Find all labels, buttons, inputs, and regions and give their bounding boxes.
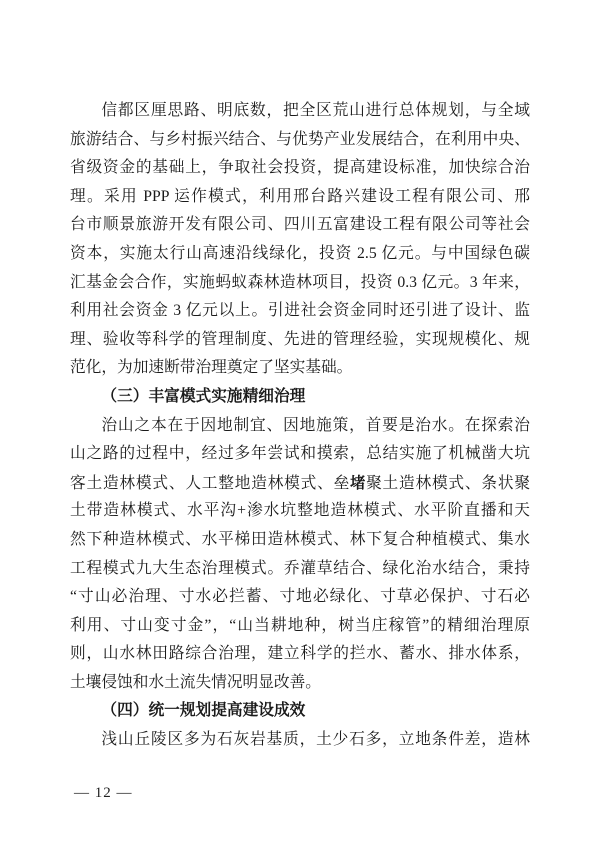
paragraph-line: 土带造林模式、水平沟+渗水坑整地造林模式、水平阶直播和天 <box>70 497 530 526</box>
document-page: 信都区厘思路、明底数，把全区荒山进行总体规划，与全域 旅游结合、与乡村振兴结合、… <box>0 0 600 848</box>
paragraph-line: 台市顺景旅游开发有限公司、四川五富建设工程有限公司等社会 <box>70 211 530 240</box>
paragraph-line: “寸山必治理、寸水必拦蓄、寸地必绿化、寸草必保护、寸石必 <box>70 583 530 612</box>
paragraph-line: 旅游结合、与乡村振兴结合、与优势产业发展结合，在利用中央、 <box>70 126 530 155</box>
paragraph-line: 信都区厘思路、明底数，把全区荒山进行总体规划，与全域 <box>70 97 530 126</box>
page-number: — 12 — <box>74 783 133 803</box>
paragraph-line: 土壤侵蚀和水土流失情况明显改善。 <box>70 669 530 698</box>
paragraph-line: 理、验收等科学的管理制度、先进的管理经验，实现规模化、规 <box>70 326 530 355</box>
paragraph-line: 然下种造林模式、水平梯田造林模式、林下复合种植模式、集水 <box>70 526 530 555</box>
paragraph-line: 客土造林模式、人工整地造林模式、垒堵聚土造林模式、条状聚 <box>70 469 530 498</box>
emphasized-character: 堵 <box>350 474 366 492</box>
section-heading-4: （四）统一规划提高建设成效 <box>70 697 530 726</box>
paragraph-line: 浅山丘陵区多为石灰岩基质，土少石多，立地条件差，造林 <box>70 726 530 755</box>
paragraph-line-segment: 客土造林模式、人工整地造林模式、垒 <box>70 475 350 492</box>
paragraph-line: 工程模式九大生态治理模式。乔灌草结合、绿化治水结合，秉持 <box>70 555 530 584</box>
paragraph-line: 范化，为加速断带治理奠定了坚实基础。 <box>70 354 530 383</box>
section-heading-3: （三）丰富模式实施精细治理 <box>70 383 530 412</box>
paragraph-line: 治山之本在于因地制宜、因地施策，首要是治水。在探索治 <box>70 412 530 441</box>
paragraph-line: 利用、寸山变寸金”，“山当耕地种，树当庄稼管”的精细治理原 <box>70 612 530 641</box>
paragraph-line: 利用社会资金 3 亿元以上。引进社会资金同时还引进了设计、监 <box>70 297 530 326</box>
paragraph-line: 则，山水林田路综合治理，建立科学的拦水、蓄水、排水体系， <box>70 640 530 669</box>
document-body: 信都区厘思路、明底数，把全区荒山进行总体规划，与全域 旅游结合、与乡村振兴结合、… <box>70 97 530 755</box>
paragraph-line: 理。采用 PPP 运作模式，利用邢台路兴建设工程有限公司、邢 <box>70 183 530 212</box>
paragraph-line: 省级资金的基础上，争取社会投资，提高建设标准，加快综合治 <box>70 154 530 183</box>
paragraph-line-segment: 聚土造林模式、条状聚 <box>366 475 530 492</box>
paragraph-line: 山之路的过程中，经过多年尝试和摸索，总结实施了机械凿大坑 <box>70 440 530 469</box>
paragraph-line: 资本，实施太行山高速沿线绿化，投资 2.5 亿元。与中国绿色碳 <box>70 240 530 269</box>
paragraph-line: 汇基金会合作，实施蚂蚁森林造林项目，投资 0.3 亿元。3 年来， <box>70 269 530 298</box>
